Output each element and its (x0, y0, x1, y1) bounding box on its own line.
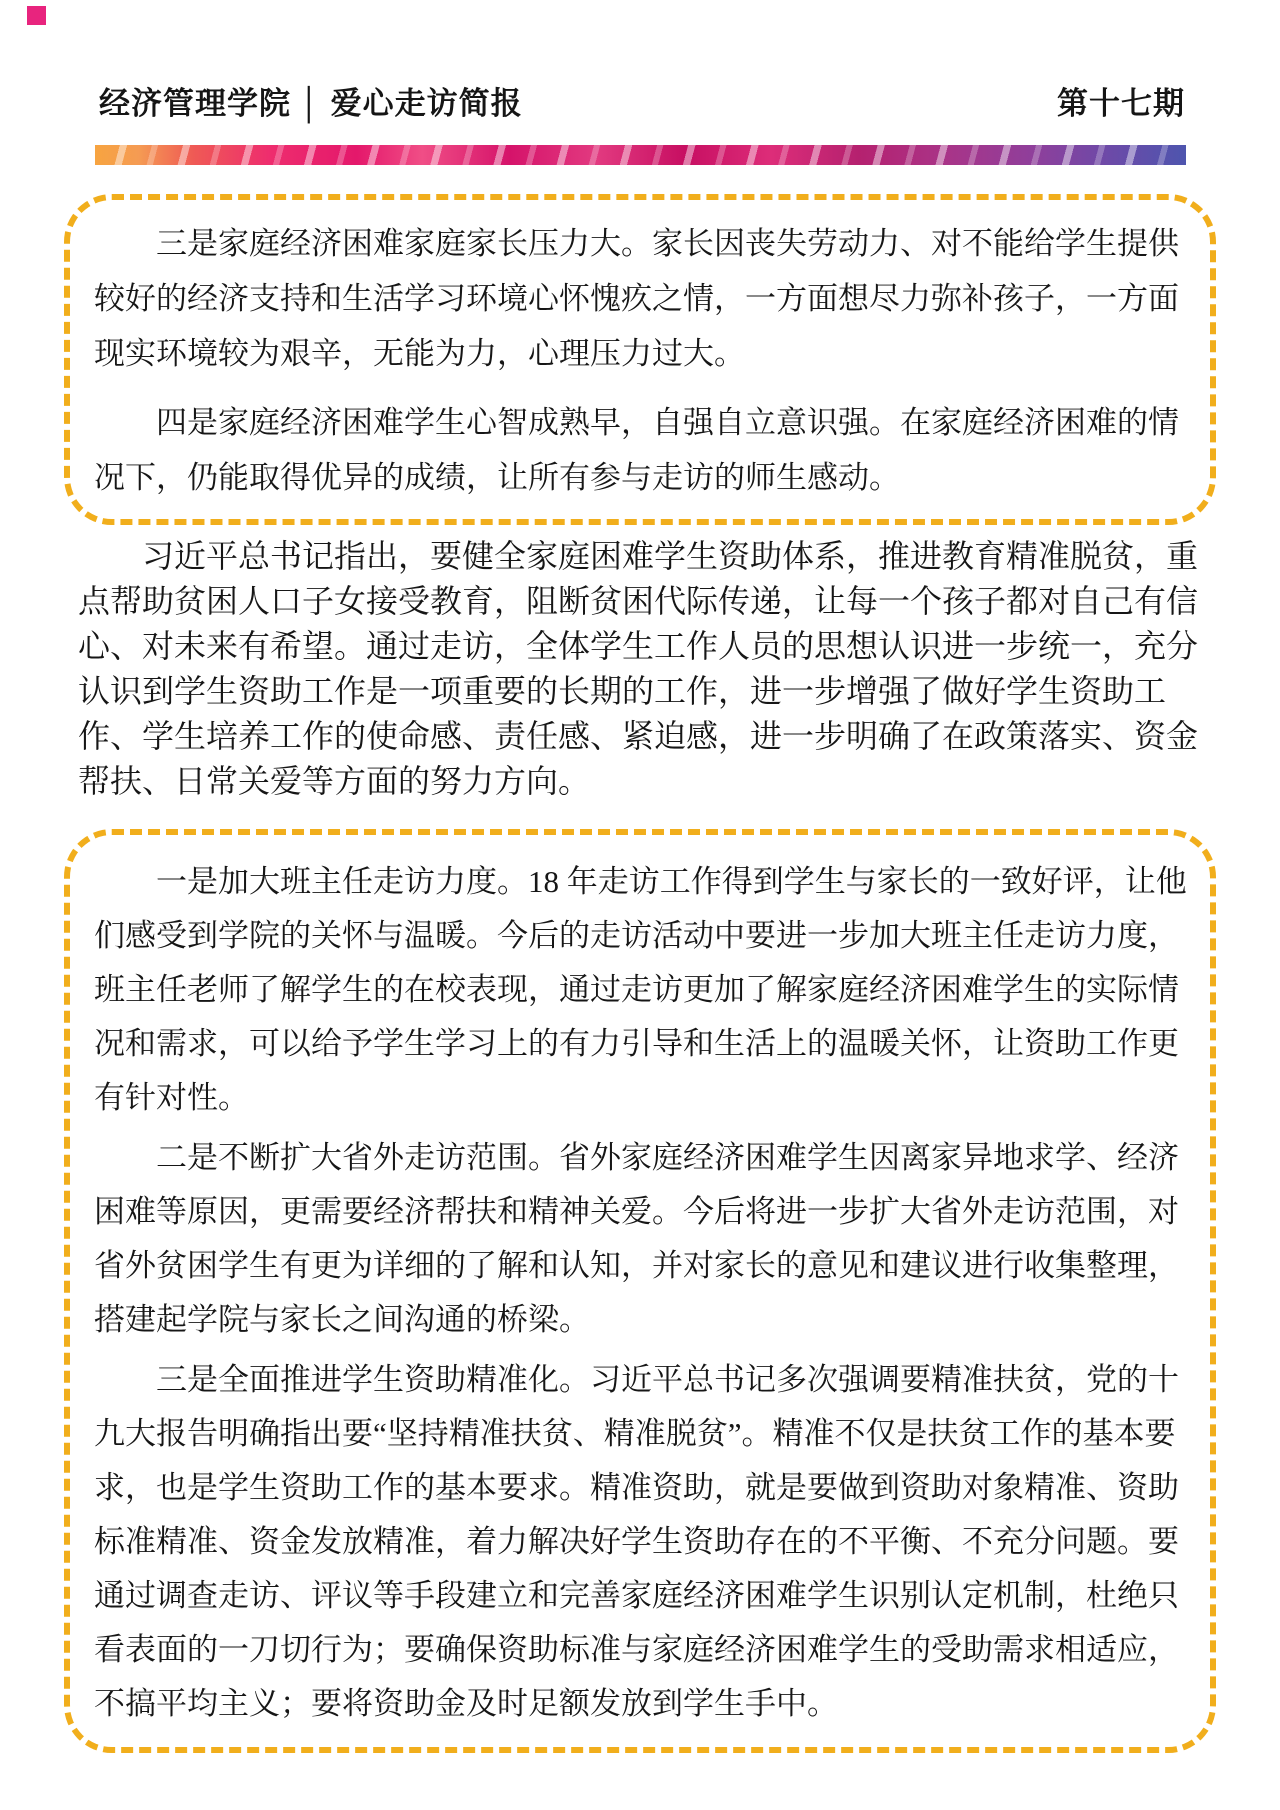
page-title: 经济管理学院 │ 爱心走访简报 (99, 86, 523, 122)
brush-stroke-divider (95, 145, 1186, 165)
body-paragraph: 习近平总书记指出，要健全家庭困难学生资助体系，推进教育精准脱贫，重点帮助贫困人口… (78, 534, 1218, 804)
bulletin-page: 经济管理学院 │ 爱心走访简报 第十七期 三是家庭经济困难家庭家长压力大。家长因… (0, 0, 1280, 1810)
measure-paragraph-3: 三是全面推进学生资助精准化。习近平总书记多次强调要精准扶贫，党的十九大报告明确指… (94, 1353, 1194, 1731)
measure-paragraph-2: 二是不断扩大省外走访范围。省外家庭经济困难学生因离家异地求学、经济困难等原因，更… (94, 1131, 1194, 1347)
finding-paragraph-3: 三是家庭经济困难家庭家长压力大。家长因丧失劳动力、对不能给学生提供较好的经济支持… (94, 216, 1194, 381)
highlight-box-findings: 三是家庭经济困难家庭家长压力大。家长因丧失劳动力、对不能给学生提供较好的经济支持… (64, 194, 1216, 525)
body-paragraph-section: 习近平总书记指出，要健全家庭困难学生资助体系，推进教育精准脱贫，重点帮助贫困人口… (78, 534, 1218, 804)
highlight-box-measures: 一是加大班主任走访力度。18 年走访工作得到学生与家长的一致好评，让他们感受到学… (64, 829, 1216, 1753)
finding-paragraph-4: 四是家庭经济困难学生心智成熟早，自强自立意识强。在家庭经济困难的情况下，仍能取得… (94, 395, 1194, 505)
measure-paragraph-1: 一是加大班主任走访力度。18 年走访工作得到学生与家长的一致好评，让他们感受到学… (94, 855, 1194, 1125)
issue-number: 第十七期 (1057, 86, 1185, 122)
logo-mark (27, 6, 46, 25)
